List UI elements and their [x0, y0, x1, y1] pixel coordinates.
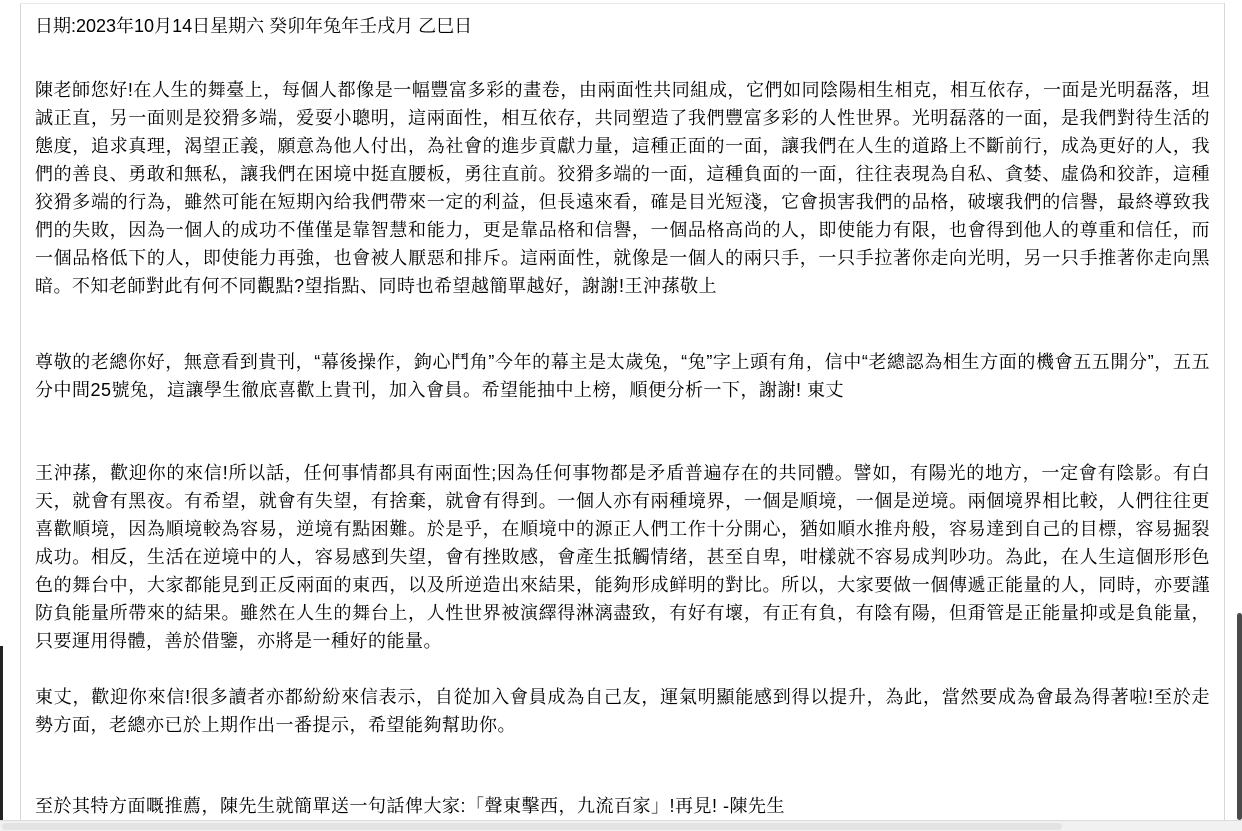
- horizontal-scrollbar-track[interactable]: [0, 820, 1242, 831]
- closing-paragraph: 至於其特方面嘅推薦，陳先生就簡單送一句話俾大家:「聲東擊西，九流百家」!再見! …: [35, 792, 1210, 820]
- article-content: 日期:2023年10月14日星期六 癸卯年兔年壬戌月 乙巳日 陳老師您好!在人生…: [20, 3, 1225, 820]
- vertical-scrollbar-thumb[interactable]: [1237, 613, 1242, 820]
- reply-paragraph-1: 王沖蓀，歡迎你的來信!所以話，任何事情都具有兩面性;因為任何事物都是矛盾普遍存在…: [35, 459, 1210, 655]
- horizontal-scrollbar-thumb[interactable]: [2, 823, 1062, 830]
- left-edge-scrollbar-thumb[interactable]: [0, 646, 3, 820]
- letter-paragraph-reader-1: 陳老師您好!在人生的舞臺上，每個人都像是一幅豐富多彩的畫卷，由兩面性共同組成，它…: [35, 76, 1210, 300]
- letter-paragraph-reader-2: 尊敬的老總你好，無意看到貴刊，“幕後操作，鉤心鬥角”今年的幕主是太歲兔，“兔”字…: [35, 348, 1210, 404]
- reply-paragraph-2: 東丈，歡迎你來信!很多讀者亦都紛紛來信表示，自從加入會員成為自己友，運氣明顯能感…: [35, 683, 1210, 739]
- date-line: 日期:2023年10月14日星期六 癸卯年兔年壬戌月 乙巳日: [35, 12, 1210, 40]
- page-viewport: 日期:2023年10月14日星期六 癸卯年兔年壬戌月 乙巳日 陳老師您好!在人生…: [0, 0, 1242, 831]
